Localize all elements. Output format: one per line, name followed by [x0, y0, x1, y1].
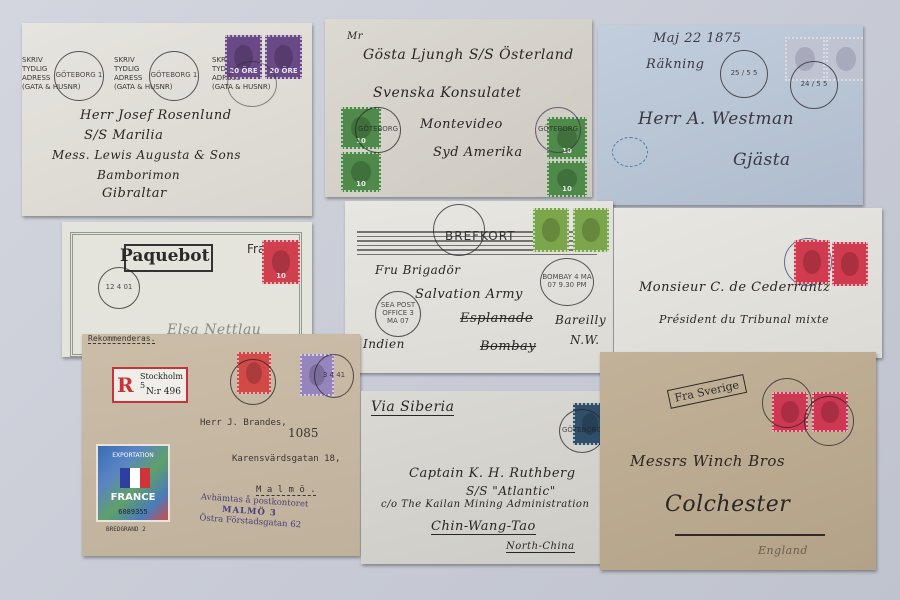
registration-label: R Stockholm 5 N:r 496 [112, 367, 188, 403]
stamp-green-5 [533, 208, 569, 252]
address-line: Bombay [480, 339, 536, 354]
stamp-red-10 [794, 240, 830, 284]
registration-number: N:r 496 [146, 387, 181, 397]
cover-gothenburg-gibraltar: SKRIVTYDLIGADRESS(GATA & HUSNR) GÖTEBORG… [22, 23, 312, 216]
stamp-green-10: 10 [341, 152, 381, 192]
cover-gothenburg-montevideo: Mr Gösta Ljungh S/S Österland Svenska Ko… [325, 19, 592, 197]
oval-cachet [612, 137, 648, 167]
address-line: Herr Josef Rosenlund [80, 108, 232, 123]
postmark: 3 4 41 [314, 354, 354, 398]
address-line: S/S "Atlantic" [466, 484, 556, 498]
routing-note: Via Siberia [371, 399, 454, 416]
address-line: Chin-Wang-Tao [431, 519, 536, 535]
paquebot-text: Paquebot [120, 246, 209, 266]
cover-fra-sverige-colchester: Fra Sverige Messrs Winch Bros Colchester… [600, 352, 876, 570]
address-line: Captain K. H. Ruthberg [409, 466, 576, 481]
address-line: S/S Marilia [84, 128, 163, 143]
address-line: N.W. [570, 333, 600, 347]
address-line: Mr [347, 31, 363, 42]
stamp-green-10: 10 [547, 161, 587, 197]
cachet-malmo: Avhämtas å postkontoret MALMÖ 3 Östra Fö… [199, 492, 309, 531]
postmark [227, 61, 277, 107]
postcard-brefkort-bombay: BREFKORT BOMBAY 4 MA 07 9.30 PM SEA POST… [345, 201, 613, 373]
postmark: GÖTEBORG 1 [149, 51, 199, 101]
address-line: Indien [363, 337, 405, 351]
address-line: Mess. Lewis Augusta & Sons [52, 148, 241, 162]
address-line: Gjästa [733, 150, 791, 170]
postmark: 12 4 01 [98, 267, 140, 309]
address-line: Montevideo [420, 117, 503, 132]
address-line: Bamborimon [97, 168, 180, 182]
address-line: North-China [506, 541, 575, 553]
address-line: Salvation Army [415, 287, 523, 302]
fra-sverige-cachet: Fra Sverige [667, 374, 747, 409]
address-number: 1085 [288, 426, 319, 440]
cover-folded-letter-1875: Maj 22 1875 Räkning Herr A. Westman Gjäs… [598, 25, 863, 205]
postmark [230, 359, 276, 405]
cover-registered-stockholm: Rekommenderas. R Stockholm 5 N:r 496 3 4… [82, 334, 360, 556]
address-line: Gibraltar [102, 186, 167, 201]
address-line: M a l m ö . [256, 485, 316, 496]
address-line: Colchester [665, 492, 790, 517]
postmark: GÖTEBORG [355, 107, 401, 153]
brefkort-header: BREFKORT [445, 229, 516, 243]
registration-letter: R [117, 373, 134, 397]
address-line: c/o The Kailan Mining Administration [381, 499, 589, 510]
header-note: Rekommenderas. [88, 334, 155, 344]
address-line: Esplanade [460, 311, 533, 326]
address-line: Fru Brigadör [375, 263, 460, 277]
postmark: 24 / 5 5 [790, 61, 838, 109]
postmark: GÖTEBORG [535, 107, 581, 153]
address-line: Herr J. Brandes, [200, 418, 287, 428]
stamp-green-5 [573, 208, 609, 252]
address-line: Syd Amerika [433, 145, 523, 160]
underline [675, 534, 825, 536]
address-line: England [758, 544, 808, 557]
address-line: Herr A. Westman [638, 109, 794, 129]
cover-cederrantz: Monsieur C. de Cederrantz Président du T… [614, 208, 882, 358]
address-line: Bareilly [555, 313, 606, 327]
flag-icon [120, 468, 150, 488]
address-line: Monsieur C. de Cederrantz [639, 280, 830, 295]
stamp-red-10: 10 [262, 240, 300, 284]
address-line: Président du Tribunal mixte [659, 313, 829, 326]
address-line: Räkning [646, 57, 704, 72]
postmark [804, 396, 854, 446]
address-line: Messrs Winch Bros [630, 452, 785, 470]
postmark: GÖTEBORG [559, 409, 605, 453]
postmark: GÖTEBORG 1 [54, 51, 104, 101]
label-footer: BREDGRAND 2 [106, 526, 146, 533]
cover-via-siberia: Via Siberia GÖTEBORG Captain K. H. Ruthb… [361, 391, 622, 564]
stamp-red-10 [832, 242, 868, 286]
postmark-bombay: BOMBAY 4 MA 07 9.30 PM [540, 258, 594, 306]
address-line: Svenska Konsulatet [373, 85, 521, 101]
address-line: Karensvärdsgatan 18, [232, 454, 340, 464]
address-line: Gösta Ljungh S/S Österland [363, 47, 574, 63]
postmark: 25 / 5 5 [720, 50, 768, 98]
date-note: Maj 22 1875 [653, 31, 741, 46]
france-label-stamp: EXPORTATION FRANCE 6089355 [96, 444, 170, 522]
